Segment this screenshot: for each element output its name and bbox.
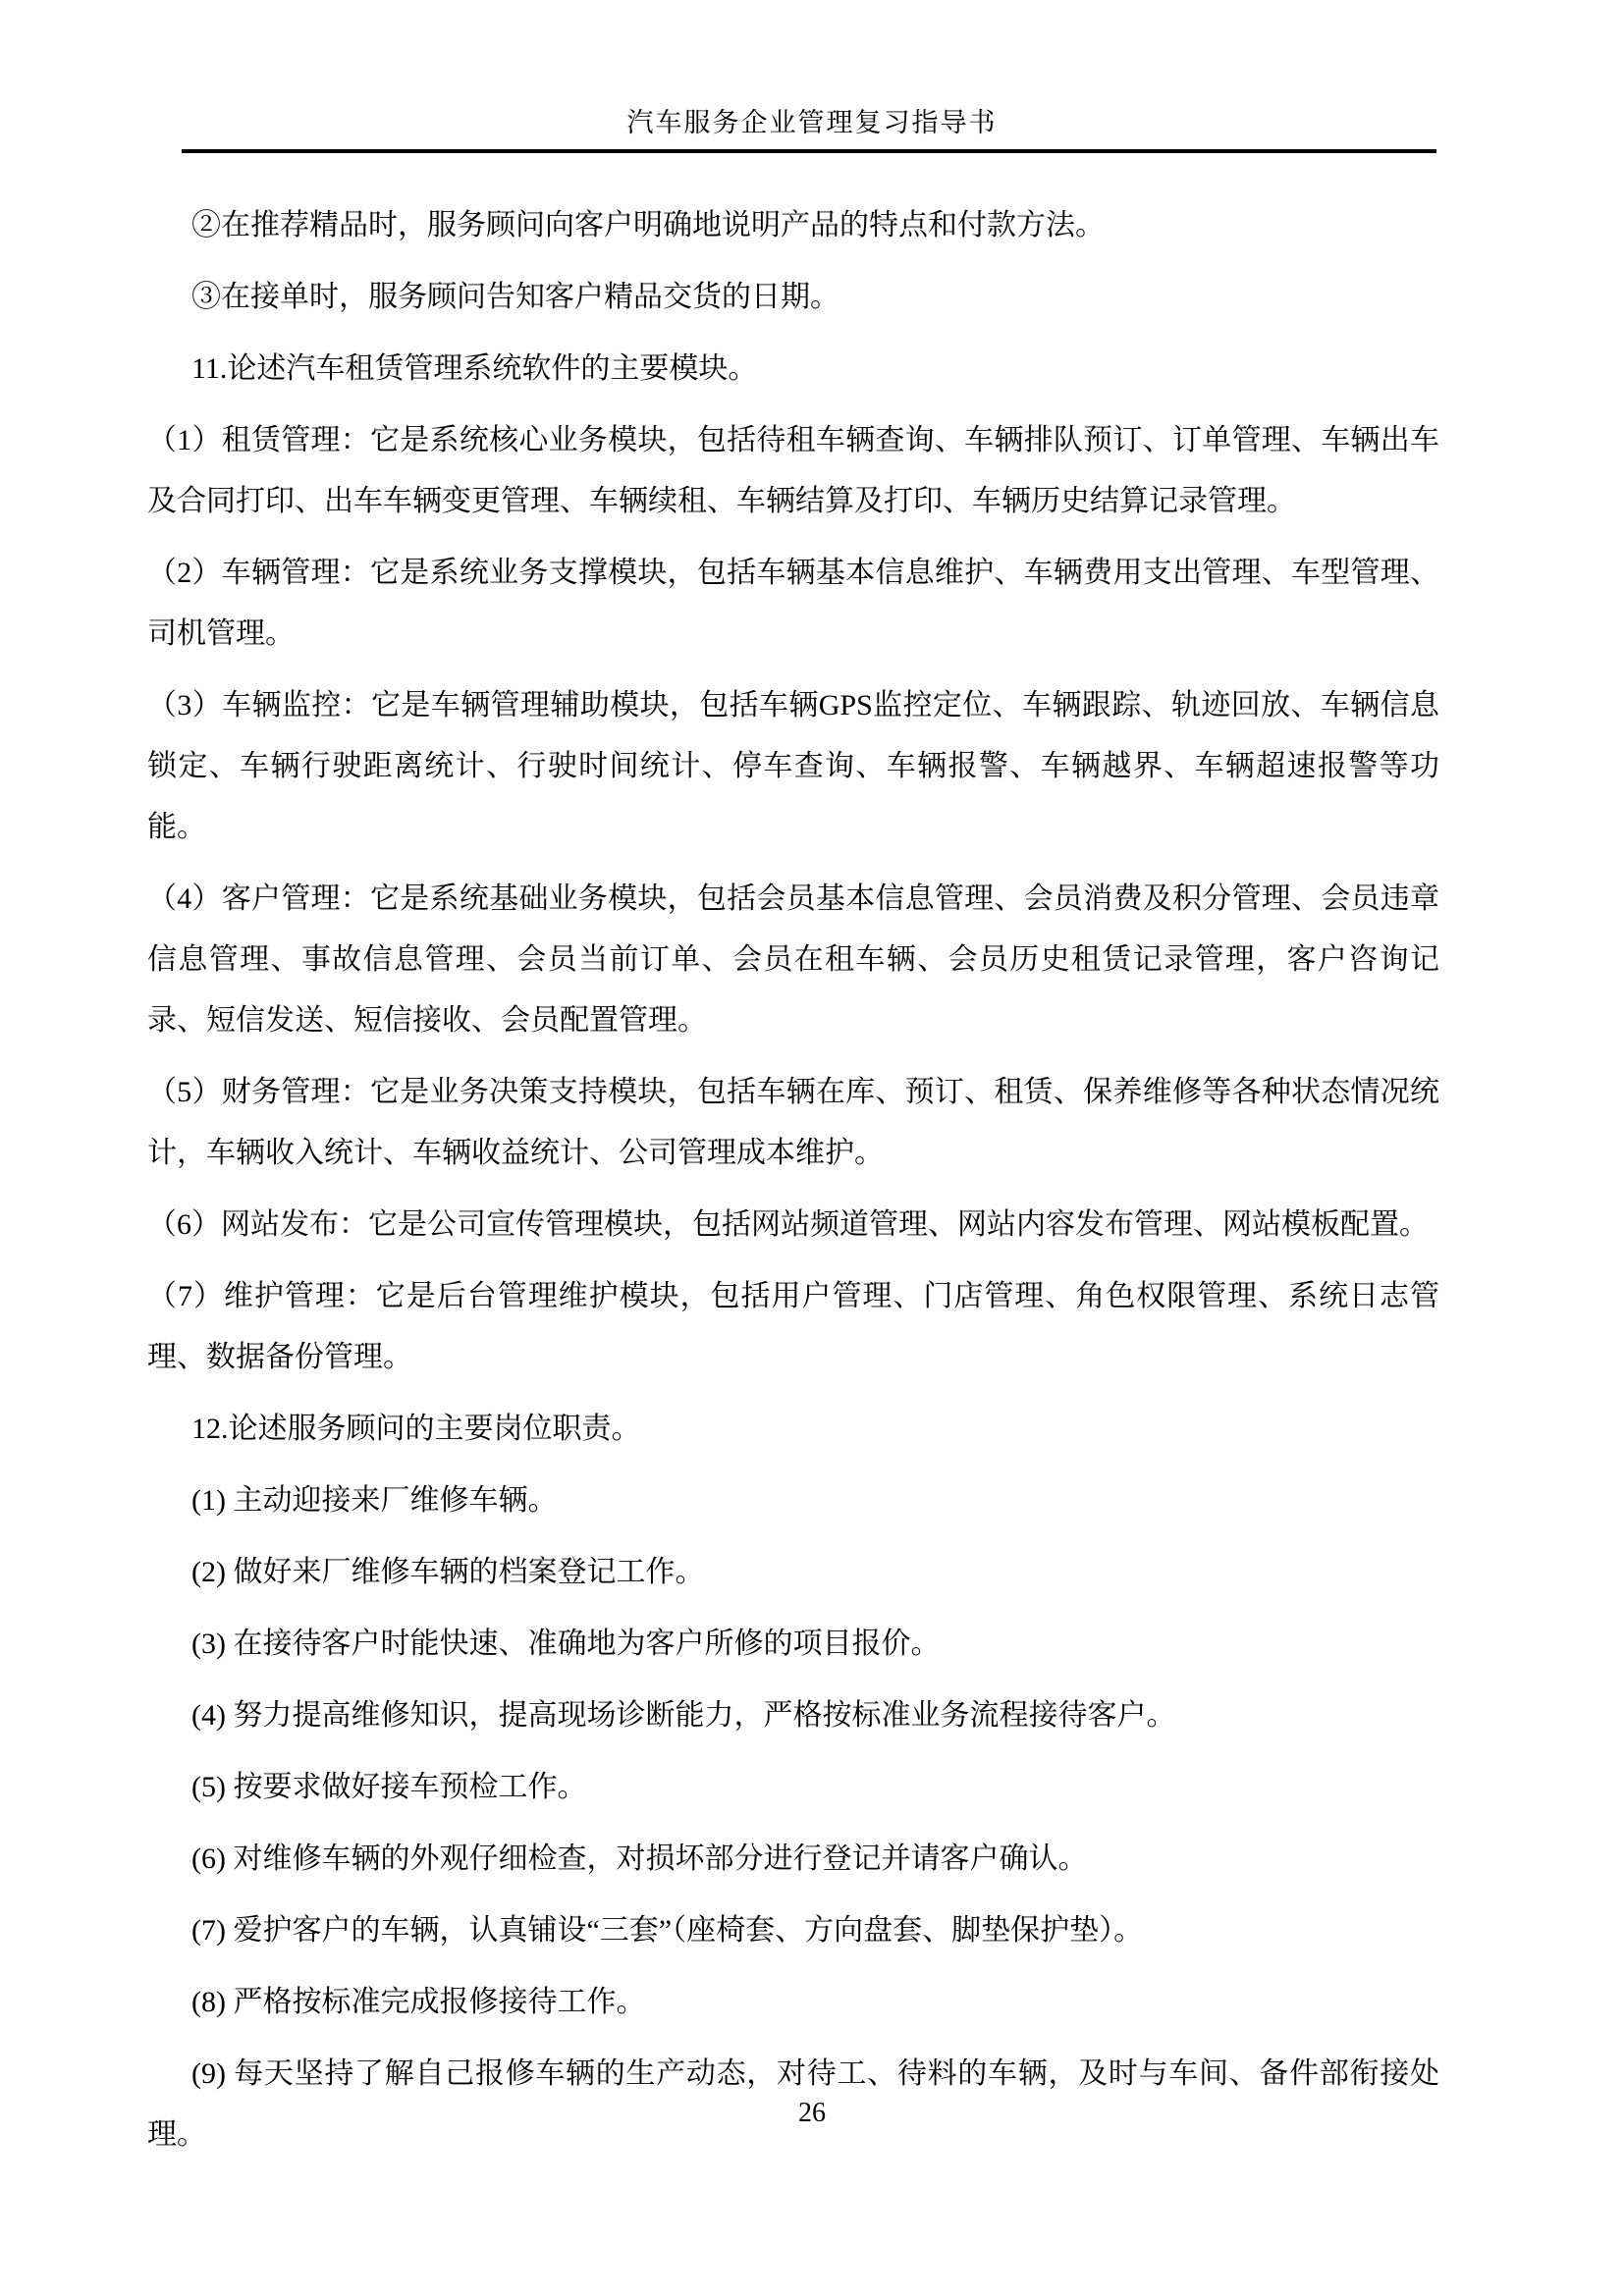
question-12-title: 12.论述服务顾问的主要岗位职责。: [147, 1399, 1439, 1460]
q12-duty-5: (5) 按要求做好接车预检工作。: [147, 1757, 1439, 1818]
q12-duty-1: (1) 主动迎接来厂维修车辆。: [147, 1470, 1439, 1531]
q11-module-website: （6）网站发布：它是公司宣传管理模块，包括网站频道管理、网站内容发布管理、网站模…: [147, 1195, 1439, 1255]
q12-duty-8: (8) 严格按标准完成报修接待工作。: [147, 1972, 1439, 2033]
q11-module-vehicle: （2）车辆管理：它是系统业务支撑模块，包括车辆基本信息维护、车辆费用支出管理、车…: [147, 543, 1439, 665]
q12-duty-7: (7) 爱护客户的车辆，认真铺设“三套”（座椅套、方向盘套、脚垫保护垫）。: [147, 1900, 1439, 1961]
question-11-title: 11.论述汽车租赁管理系统软件的主要模块。: [147, 339, 1439, 400]
q12-duty-6: (6) 对维修车辆的外观仔细检查，对损坏部分进行登记并请客户确认。: [147, 1829, 1439, 1890]
q12-duty-4: (4) 努力提高维修知识，提高现场诊断能力，严格按标准业务流程接待客户。: [147, 1685, 1439, 1746]
document-body: ②在推荐精品时，服务顾问向客户明确地说明产品的特点和付款方法。 ③在接单时，服务…: [147, 195, 1439, 2176]
header-divider: [182, 149, 1436, 153]
q11-module-customer: （4）客户管理：它是系统基础业务模块，包括会员基本信息管理、会员消费及积分管理、…: [147, 869, 1439, 1051]
tip-item-2: ②在推荐精品时，服务顾问向客户明确地说明产品的特点和付款方法。: [147, 195, 1439, 256]
q12-duty-2: (2) 做好来厂维修车辆的档案登记工作。: [147, 1542, 1439, 1603]
page-number: 26: [0, 2097, 1624, 2130]
page-header-title: 汽车服务企业管理复习指导书: [0, 104, 1624, 141]
q11-module-maintenance: （7）维护管理：它是后台管理维护模块，包括用户管理、门店管理、角色权限管理、系统…: [147, 1266, 1439, 1388]
q11-module-monitoring: （3）车辆监控：它是车辆管理辅助模块，包括车辆GPS监控定位、车辆跟踪、轨迹回放…: [147, 675, 1439, 858]
q12-duty-3: (3) 在接待客户时能快速、准确地为客户所修的项目报价。: [147, 1614, 1439, 1675]
q11-module-rental: （1）租赁管理：它是系统核心业务模块，包括待租车辆查询、车辆排队预订、订单管理、…: [147, 410, 1439, 532]
tip-item-3: ③在接单时，服务顾问告知客户精品交货的日期。: [147, 267, 1439, 328]
q11-module-finance: （5）财务管理：它是业务决策支持模块，包括车辆在库、预订、租赁、保养维修等各种状…: [147, 1062, 1439, 1184]
document-page: 汽车服务企业管理复习指导书 ②在推荐精品时，服务顾问向客户明确地说明产品的特点和…: [0, 0, 1624, 2296]
